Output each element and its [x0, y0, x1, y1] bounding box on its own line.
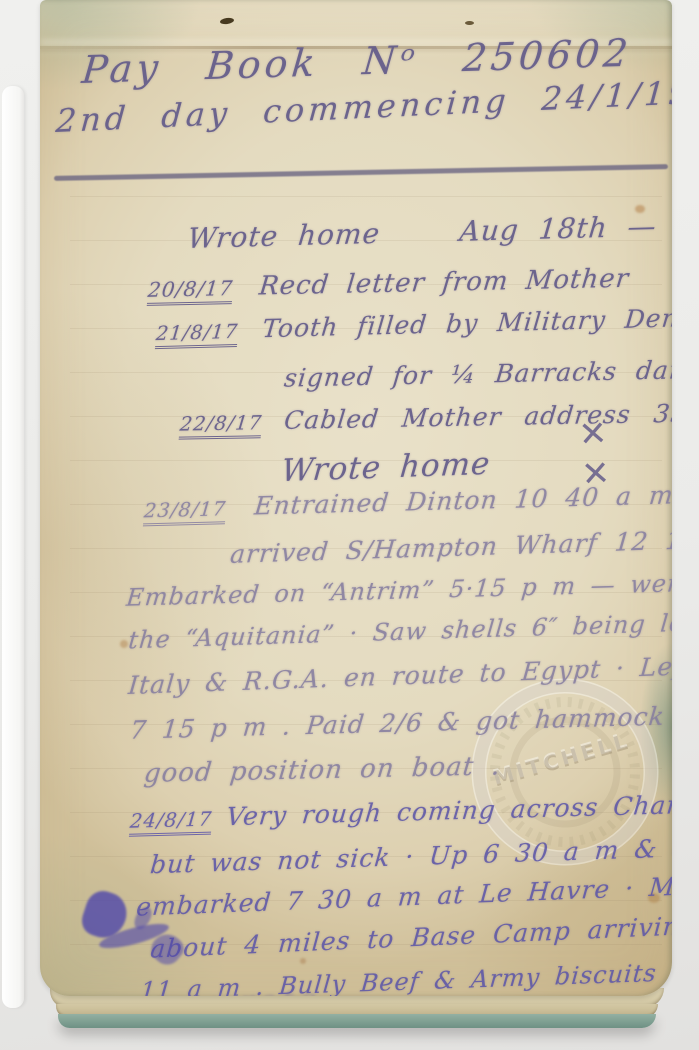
notebook-cover-edge — [58, 1014, 656, 1028]
paper-speck — [465, 21, 474, 25]
diary-page: MITCHELL MITCHELL Pay Book Nᵒ 250602 2nd… — [40, 0, 672, 996]
opposite-page-edge — [2, 86, 24, 1008]
scanned-diary-photo: MITCHELL MITCHELL Pay Book Nᵒ 250602 2nd… — [0, 0, 699, 1050]
paper-speck — [220, 17, 235, 25]
